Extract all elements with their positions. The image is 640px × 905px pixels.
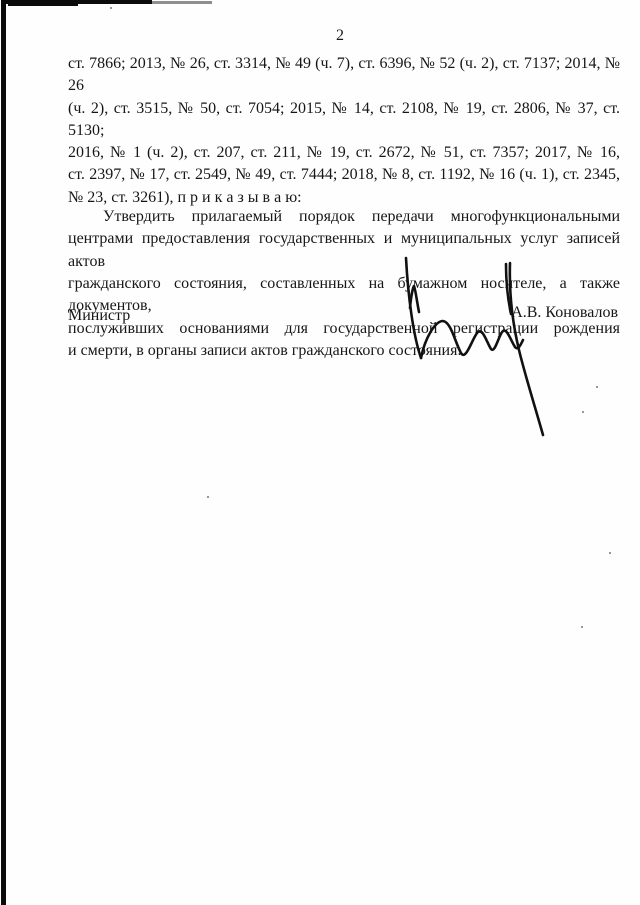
text-line: Утвердить прилагаемый порядок передачи м… bbox=[68, 206, 620, 228]
scan-edge-top-band-gray bbox=[152, 1, 212, 4]
document-page: 2 ст. 7866; 2013, № 26, ст. 3314, № 49 (… bbox=[0, 0, 640, 905]
page-number: 2 bbox=[330, 27, 350, 45]
scan-edge-left-bar bbox=[1, 0, 6, 905]
scan-speck bbox=[207, 496, 209, 498]
text-line: 2016, № 1 (ч. 2), ст. 207, ст. 211, № 19… bbox=[68, 142, 620, 164]
text-line: (ч. 2), ст. 3515, № 50, ст. 7054; 2015, … bbox=[68, 98, 620, 143]
scan-speck bbox=[110, 7, 112, 9]
scan-speck bbox=[609, 552, 611, 554]
scan-speck bbox=[582, 411, 584, 413]
handwritten-signature-icon bbox=[392, 250, 552, 445]
minister-title: Министр bbox=[68, 307, 130, 325]
paragraph-legal-citations: ст. 7866; 2013, № 26, ст. 3314, № 49 (ч.… bbox=[68, 53, 620, 209]
scan-speck bbox=[596, 386, 598, 388]
text-line: ст. 7866; 2013, № 26, ст. 3314, № 49 (ч.… bbox=[68, 53, 620, 98]
scan-speck bbox=[581, 626, 583, 628]
text-line: ст. 2397, № 17, ст. 2549, № 49, ст. 7444… bbox=[68, 164, 620, 186]
scan-edge-top-band-thick bbox=[8, 0, 78, 6]
